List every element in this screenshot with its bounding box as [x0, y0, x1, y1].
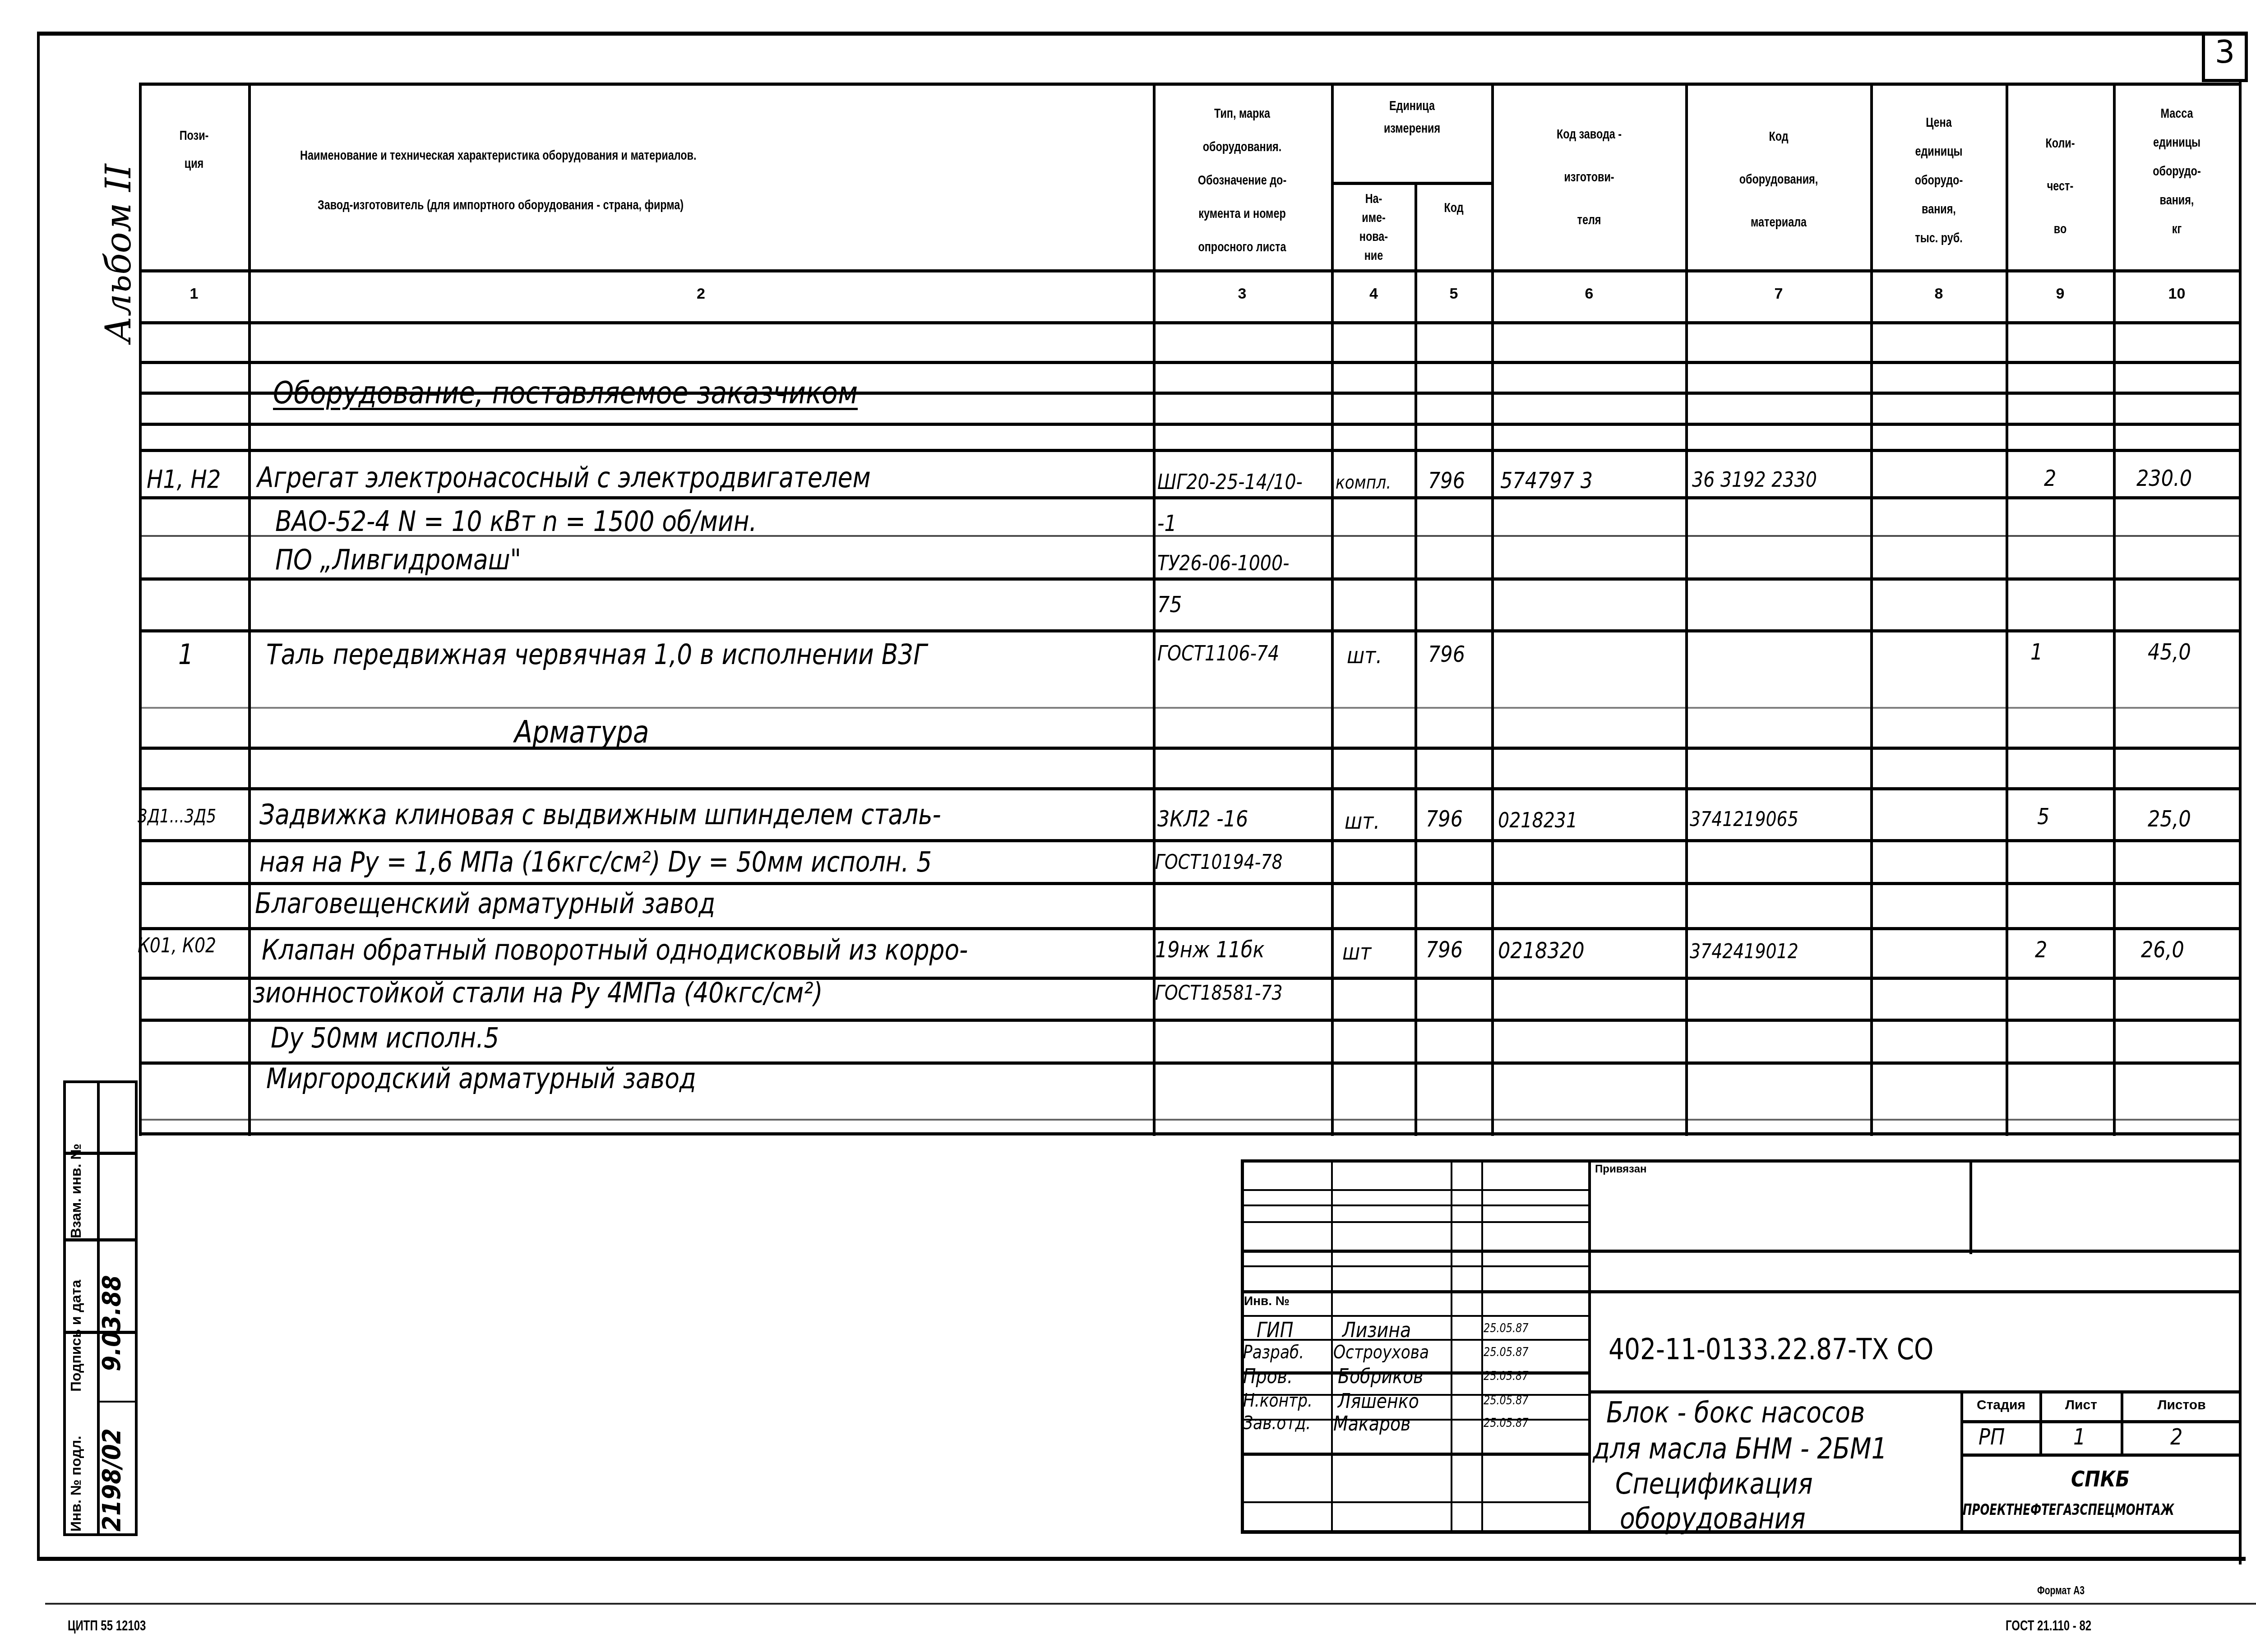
header-col8: Цена единицы оборудо- вания, тыс. руб.: [1886, 108, 1992, 253]
side-signature-date: 9.03.88: [99, 1275, 125, 1371]
header-col6: Код завода - изготови- теля: [1513, 113, 1664, 241]
signatory-date-1: 25.05.87: [1484, 1323, 1529, 1334]
footer-standard: ГОСТ 21.110 - 82: [2006, 1617, 2091, 1634]
signatory-role-4: Н.контр.: [1243, 1392, 1313, 1410]
drawing-title-line-2: для масла БНМ - 2БМ1: [1593, 1435, 1887, 1463]
signatory-date-5: 25.05.87: [1484, 1417, 1529, 1429]
signatory-date-2: 25.05.87: [1484, 1347, 1529, 1358]
col-number-6: 6: [1492, 285, 1686, 303]
col-number-1: 1: [140, 285, 248, 303]
org-short: СПКБ: [2071, 1468, 2130, 1490]
stage-value: РП: [1979, 1426, 2005, 1448]
row-3-name-line-3: Благовещенский арматурный завод: [255, 890, 715, 918]
col-number-9: 9: [2006, 285, 2114, 303]
inv-label: Инв. №: [1244, 1294, 1290, 1308]
row-1-quantity: 2: [2044, 467, 2056, 489]
row-1-name-line-1: Агрегат электронасосный с электродвигате…: [257, 464, 871, 492]
side-inv-number: 2198/02: [99, 1428, 125, 1532]
row-1-type-line-3: ТУ26-06-1000-: [1157, 553, 1289, 573]
col-number-3: 3: [1153, 285, 1331, 303]
signatory-role-1: ГИП: [1257, 1320, 1293, 1340]
row-1-mass: 230.0: [2136, 467, 2192, 489]
col-number-10: 10: [2114, 285, 2240, 303]
header-col3: Тип, марка оборудования. Обозначение до-…: [1173, 97, 1311, 264]
footer-format: Формат А3: [2037, 1583, 2085, 1597]
attached-label: Привязан: [1595, 1163, 1647, 1176]
row-3-type-line-2: ГОСТ10194-78: [1155, 853, 1283, 872]
row-3-position: 3Д1...3Д5: [138, 808, 216, 826]
side-label-signature-date: Подпись и дата: [68, 1280, 84, 1392]
row-2-name-line-1: Таль передвижная червячная 1,0 в исполне…: [266, 641, 927, 669]
signatory-date-4: 25.05.87: [1484, 1395, 1529, 1407]
row-3-mass: 25,0: [2148, 808, 2191, 830]
side-label-replaced-inv: Взам. инв. №: [68, 1144, 84, 1238]
row-1-type-line-4: 75: [1157, 593, 1182, 616]
row-1-name-line-3: ПО „Ливгидромаш": [275, 546, 521, 574]
header-col2: Наименование и техническая характеристик…: [300, 131, 1110, 230]
row-4-name-line-1: Клапан обратный поворотный однодисковый …: [262, 936, 968, 964]
row-3-unit-name: шт.: [1345, 810, 1380, 832]
row-4-name-line-3: Dу 50мм исполн.5: [271, 1024, 499, 1052]
drawing-title-line-1: Блок - бокс насосов: [1606, 1398, 1865, 1427]
row-3-quantity: 5: [2037, 805, 2049, 828]
signatory-name-4: Ляшенко: [1338, 1392, 1419, 1412]
row-3-name-line-2: ная на Ру = 1,6 МПа (16кгс/см²) Dу = 50м…: [259, 848, 932, 876]
row-3-name-line-1: Задвижка клиновая с выдвижным шпинделем …: [259, 801, 941, 829]
side-label-inv-original: Инв. № подл.: [68, 1436, 84, 1532]
row-1-equipment-code: 36 3192 2330: [1692, 469, 1817, 490]
header-col5: Код: [1424, 194, 1484, 222]
row-1-unit-name: компл.: [1336, 474, 1391, 492]
bottom-trim-line: [45, 1603, 2256, 1605]
signatory-name-1: Лизина: [1342, 1320, 1411, 1340]
row-2-position: 1: [178, 641, 194, 669]
col-number-4: 4: [1332, 285, 1415, 303]
row-2-quantity: 1: [2030, 641, 2043, 663]
row-4-mass: 26,0: [2141, 938, 2184, 961]
row-2-type-line-1: ГОСТ1106-74: [1157, 643, 1279, 664]
header-col9: Коли- чест- во: [2018, 122, 2102, 250]
drawing-title-line-3: Спецификация: [1615, 1470, 1813, 1499]
row-4-equipment-code: 3742419012: [1690, 942, 1798, 962]
album-label: Альбом II: [98, 164, 139, 343]
signatory-role-2: Разраб.: [1243, 1343, 1304, 1361]
row-4-manufacturer-code: 0218320: [1498, 939, 1585, 962]
col-number-8: 8: [1871, 285, 2006, 303]
row-4-type-line-1: 19нж 11бк: [1155, 938, 1264, 961]
signatory-name-3: Бобриков: [1338, 1367, 1423, 1387]
stage-label: Стадия: [1963, 1398, 2039, 1413]
col-number-2: 2: [249, 285, 1153, 303]
col-number-5: 5: [1415, 285, 1492, 303]
row-4-name-line-4: Миргородский арматурный завод: [266, 1065, 696, 1093]
section-title-customer-equipment: Оборудование, поставляемое заказчиком: [273, 378, 858, 409]
row-1-manufacturer-code: 574797 3: [1500, 469, 1593, 492]
sheet-label: Лист: [2042, 1398, 2121, 1413]
header-col1: Пози- ция: [152, 122, 236, 178]
sheets-value: 2: [2170, 1426, 2182, 1448]
row-1-type-line-1: ШГ20-25-14/10-: [1157, 471, 1303, 492]
section-title-fittings: Арматура: [514, 717, 649, 748]
row-4-type-line-2: ГОСТ18581-73: [1155, 983, 1283, 1003]
row-2-mass: 45,0: [2148, 641, 2191, 663]
document-code: 402-11-0133.22.87-ТХ СО: [1609, 1335, 1933, 1364]
header-col4: На- име- нова- ние: [1341, 189, 1406, 265]
row-1-type-line-2: -1: [1157, 512, 1177, 535]
header-col10: Масса единицы оборудо- вания, кг: [2128, 99, 2226, 244]
row-3-manufacturer-code: 0218231: [1498, 810, 1577, 831]
signatory-role-3: Пров.: [1243, 1367, 1293, 1387]
row-1-name-line-2: ВАО-52-4 N = 10 кВт n = 1500 об/мин.: [275, 508, 757, 535]
row-1-position: Н1, Н2: [147, 467, 221, 492]
row-2-unit-code: 796: [1428, 643, 1465, 665]
row-4-unit-code: 796: [1426, 938, 1463, 961]
row-2-unit-name: шт.: [1347, 644, 1382, 667]
row-1-unit-code: 796: [1428, 469, 1465, 492]
row-4-name-line-2: зионностойкой стали на Ру 4МПа (40кгс/см…: [253, 979, 823, 1007]
row-4-unit-name: шт: [1342, 941, 1371, 963]
footer-left-code: ЦИТП 55 12103: [68, 1617, 146, 1634]
signatory-date-3: 25.05.87: [1484, 1371, 1529, 1382]
sheet-value: 1: [2073, 1426, 2085, 1448]
col-number-7: 7: [1686, 285, 1871, 303]
row-3-equipment-code: 3741219065: [1690, 810, 1798, 830]
row-4-position: К01, К02: [138, 936, 216, 956]
header-col7: Код оборудования, материала: [1706, 115, 1851, 244]
signatory-name-2: Остроухова: [1333, 1343, 1429, 1361]
org-full: ПРОЕКТНЕФТЕГАЗСПЕЦМОНТАЖ: [1963, 1502, 2174, 1518]
row-3-unit-code: 796: [1426, 808, 1463, 830]
signatory-name-5: Макаров: [1333, 1414, 1410, 1434]
sheets-label: Листов: [2123, 1398, 2240, 1413]
row-3-type-line-1: 3КЛ2 -16: [1157, 808, 1248, 830]
row-4-quantity: 2: [2035, 938, 2047, 961]
drawing-title-line-4: оборудования: [1620, 1504, 1806, 1533]
signatory-role-5: Зав.отд.: [1243, 1414, 1311, 1432]
sheet-number: 3: [2202, 36, 2248, 68]
header-unit-group: Единица измерения: [1350, 95, 1475, 140]
